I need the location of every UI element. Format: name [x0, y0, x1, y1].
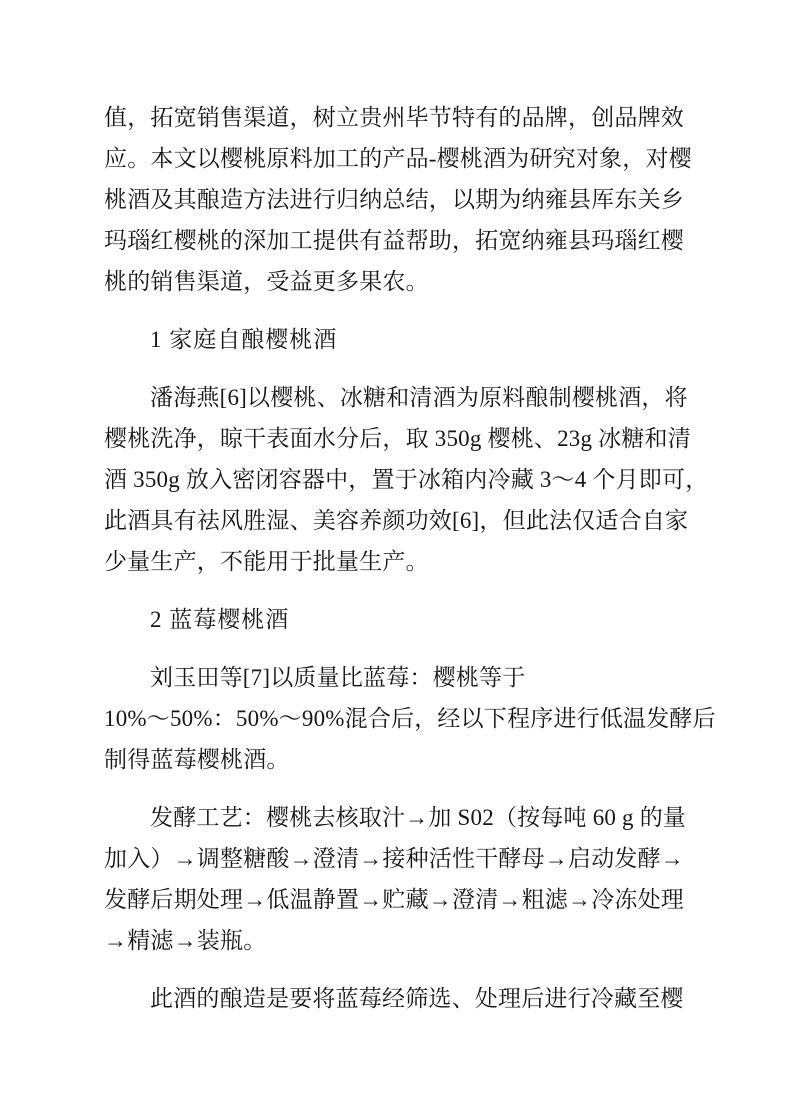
document-body: 值，拓宽销售渠道，树立贵州毕节特有的品牌，创品牌效 应。本文以樱桃原料加工的产品…	[104, 97, 690, 1036]
text-line: 发酵工艺：樱桃去核取汁→加 S02（按每吨 60 g 的量	[104, 797, 690, 838]
text-line: 制得蓝莓樱桃酒。	[104, 739, 690, 780]
section-heading-1: 1 家庭自酿樱桃酒	[104, 319, 690, 360]
text-line: 桃酒及其酿造方法进行归纳总结，以期为纳雍县厍东关乡	[104, 179, 690, 220]
text-line: 发酵后期处理→低温静置→贮藏→澄清→粗滤→冷冻处理	[104, 879, 690, 920]
text-line: 应。本文以樱桃原料加工的产品-樱桃酒为研究对象，对樱	[104, 138, 690, 179]
text-line: 少量生产，不能用于批量生产。	[104, 541, 690, 582]
text-line: 潘海燕[6]以樱桃、冰糖和清酒为原料酿制樱桃酒，将	[104, 377, 690, 418]
paragraph-blueberry-ratio: 刘玉田等[7]以质量比蓝莓：樱桃等于 10%～50%：50%～90%混合后，经以…	[104, 657, 690, 780]
text-line: 酒 350g 放入密闭容器中，置于冰箱内冷藏 3～4 个月即可，	[104, 459, 690, 500]
text-line: 此酒具有祛风胜湿、美容养颜功效[6]，但此法仅适合自家	[104, 500, 690, 541]
text-line: 加入）→调整糖酸→澄清→接种活性干酵母→启动发酵→	[104, 838, 690, 879]
heading-text: 1 家庭自酿樱桃酒	[104, 319, 690, 360]
section-heading-2: 2 蓝莓樱桃酒	[104, 599, 690, 640]
text-line: 此酒的酿造是要将蓝莓经筛选、处理后进行冷藏至樱	[104, 978, 690, 1019]
text-line: 10%～50%：50%～90%混合后，经以下程序进行低温发酵后	[104, 698, 690, 739]
text-line: →精滤→装瓶。	[104, 920, 690, 961]
paragraph-fermentation-process: 发酵工艺：樱桃去核取汁→加 S02（按每吨 60 g 的量 加入）→调整糖酸→澄…	[104, 797, 690, 961]
paragraph-home-brew: 潘海燕[6]以樱桃、冰糖和清酒为原料酿制樱桃酒，将 樱桃洗净，晾干表面水分后，取…	[104, 377, 690, 582]
text-line: 玛瑙红樱桃的深加工提供有益帮助，拓宽纳雍县玛瑙红樱	[104, 220, 690, 261]
text-line: 樱桃洗净，晾干表面水分后，取 350g 樱桃、23g 冰糖和清	[104, 418, 690, 459]
text-line: 值，拓宽销售渠道，树立贵州毕节特有的品牌，创品牌效	[104, 97, 690, 138]
paragraph-intro-continuation: 值，拓宽销售渠道，树立贵州毕节特有的品牌，创品牌效 应。本文以樱桃原料加工的产品…	[104, 97, 690, 302]
paragraph-brewing-start: 此酒的酿造是要将蓝莓经筛选、处理后进行冷藏至樱	[104, 978, 690, 1019]
text-line: 桃的销售渠道，受益更多果农。	[104, 261, 690, 302]
document-page: 值，拓宽销售渠道，树立贵州毕节特有的品牌，创品牌效 应。本文以樱桃原料加工的产品…	[0, 0, 792, 1120]
heading-text: 2 蓝莓樱桃酒	[104, 599, 690, 640]
text-line: 刘玉田等[7]以质量比蓝莓：樱桃等于	[104, 657, 690, 698]
